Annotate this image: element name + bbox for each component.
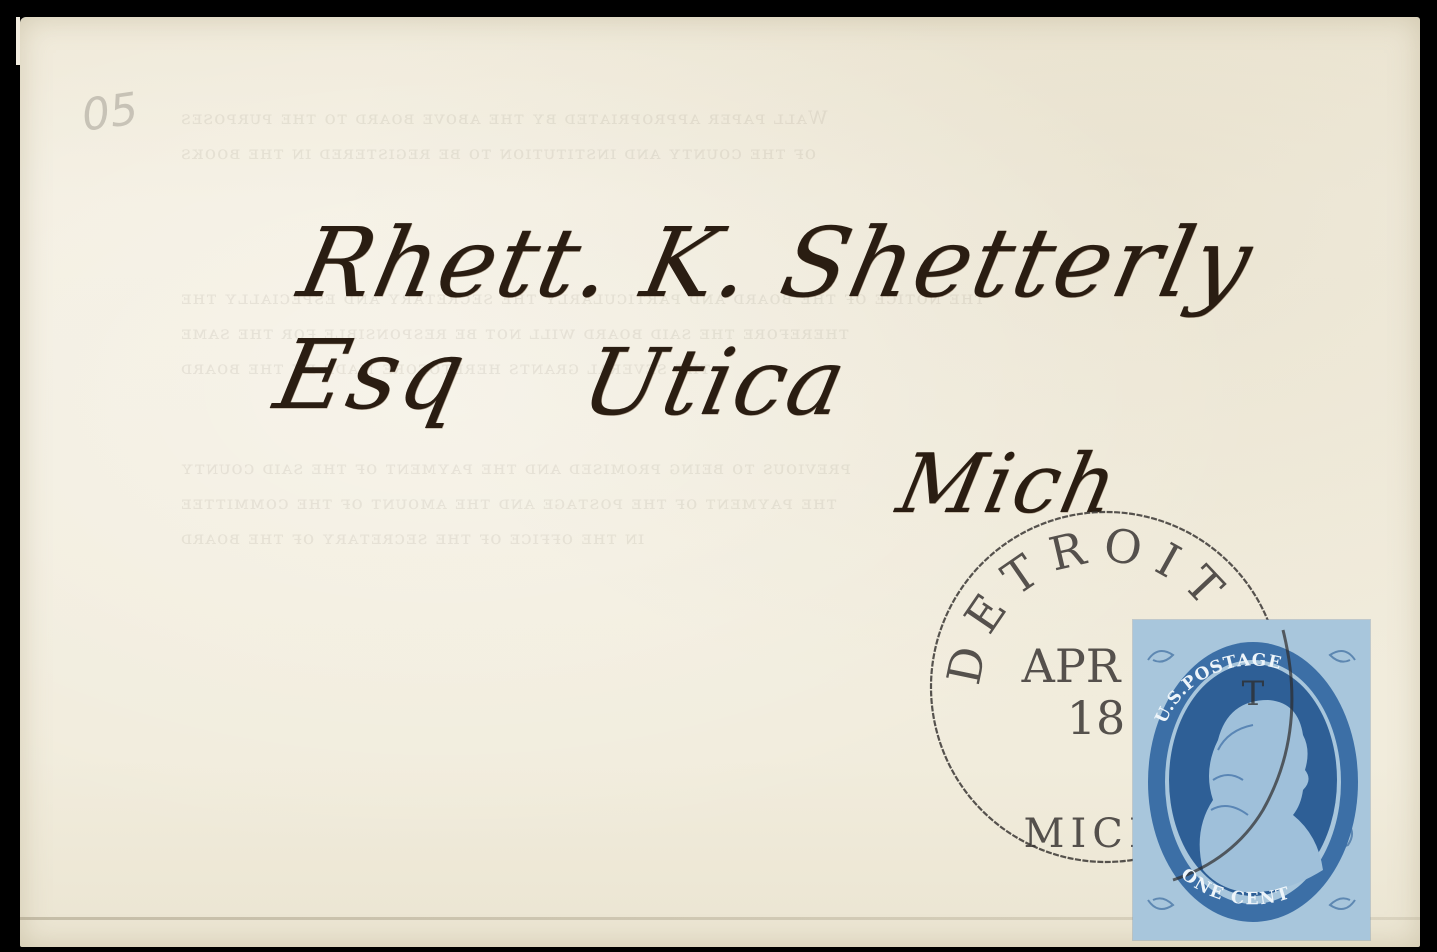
cover-edge xyxy=(16,17,20,65)
show-through-text: ɪɴ ᴛʜᴇ ᴏғғɪᴄᴇ ᴏғ ᴛʜᴇ sᴇᴄʀᴇᴛᴀʀʏ ᴏғ ᴛʜᴇ ʙᴏ… xyxy=(180,527,644,549)
show-through-text: ᴛʜᴇ ᴘᴀʏᴍᴇɴᴛ ᴏғ ᴛʜᴇ ᴘᴏsᴛᴀɢᴇ ᴀɴᴅ ᴛʜᴇ ᴀᴍᴏᴜɴ… xyxy=(180,492,837,514)
show-through-text: ᴘʀᴇᴠɪᴏᴜs ᴛᴏ ʙᴇɪɴɢ ᴘʀᴏᴍɪsᴇᴅ ᴀɴᴅ ᴛʜᴇ ᴘᴀʏᴍᴇ… xyxy=(180,457,851,479)
svg-text:T: T xyxy=(1242,674,1265,714)
postage-stamp: T U.S.POSTAGE ONE CENT xyxy=(1133,620,1370,940)
postmark-month: APR xyxy=(1021,639,1122,693)
pencil-note: 05 xyxy=(79,83,142,141)
address-name: Rhett. K. Shetterly Esq xyxy=(266,207,1437,431)
show-through-text: ᴏғ ᴛʜᴇ ᴄᴏᴜɴᴛʏ ᴀɴᴅ ɪɴsᴛɪᴛᴜᴛɪᴏɴ ᴛᴏ ʙᴇ ʀᴇɢɪ… xyxy=(180,142,816,164)
show-through-text: Wᴀʟʟ ᴘᴀᴘᴇʀ ᴀᴘᴘʀᴏᴘʀɪᴀᴛᴇᴅ ʙʏ ᴛʜᴇ ᴀʙᴏᴠᴇ ʙᴏᴀ… xyxy=(180,107,828,129)
postmark-day: 18 xyxy=(1067,691,1126,745)
address-city: Utica xyxy=(574,329,857,436)
